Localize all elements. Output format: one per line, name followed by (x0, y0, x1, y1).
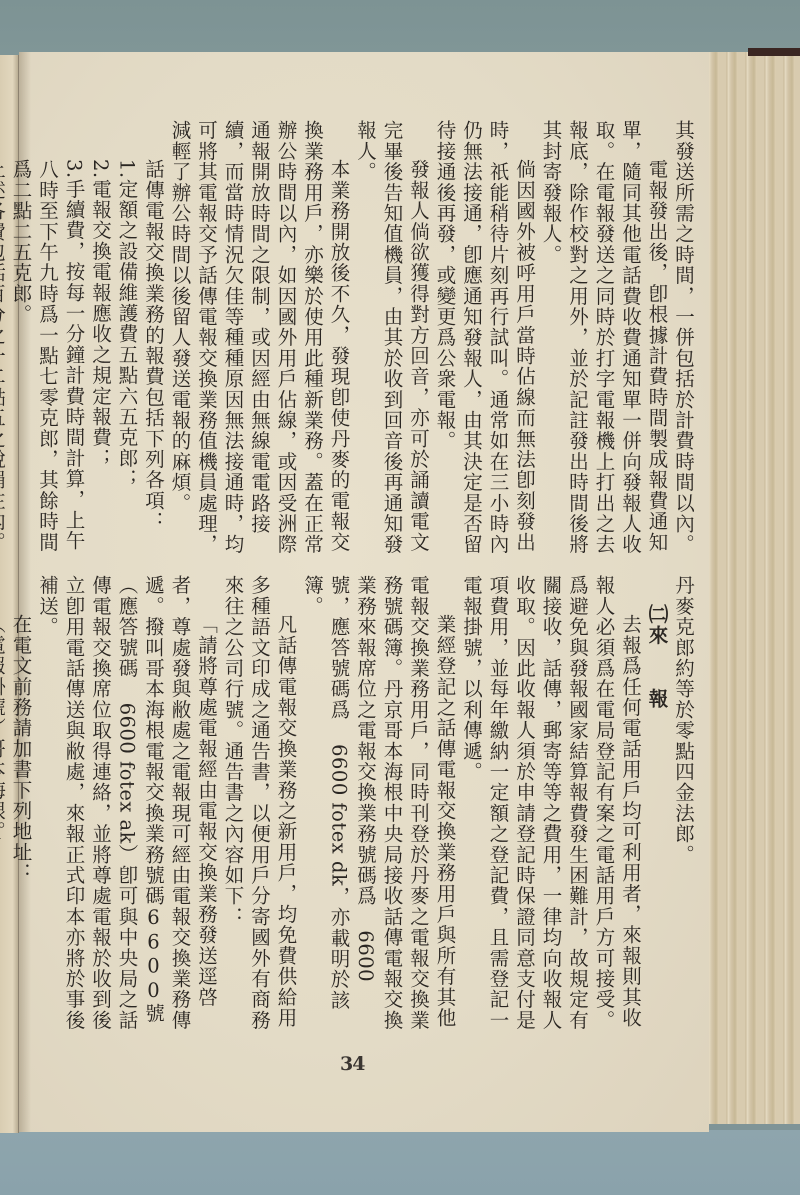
paragraph: 本業務開放後不久，發現卽使丹麥的電報交換業務用戶，亦樂於使用此種新業務。蓋在正常… (166, 120, 352, 560)
paragraph: 凡話傳電報交換業務之新用戶，均免費供給用多種語文印成之通告書，以便用戶分寄國外有… (219, 575, 299, 1035)
list-marker: 2. (89, 159, 112, 179)
section-heading: ㈡來報 (643, 575, 670, 1035)
section-title-char: 來 (646, 625, 669, 646)
background-bottom (0, 1130, 800, 1195)
address-line: （電報掛號）哥本海根。」 (0, 575, 7, 1035)
fee-list-item: 3.手續費，按每一分鐘計費時間計算，上午八時至下午九時爲一點七零克郎，其餘時間爲… (7, 120, 87, 560)
book-cover-edge (748, 48, 800, 56)
paragraph: 倘因國外被呼用戶當時佔線而無法卽刻發出時，祇能稍待片刻再行試叫。通常如在三小時內… (431, 120, 537, 560)
list-item-text: 手續費，按每一分鐘計費時間計算，上午八時至下午九時爲一點七零克郎，其餘時間爲二點… (10, 159, 86, 552)
answerback-code: 6600 fotex dk (328, 744, 351, 886)
page-text-area: 其發送所需之時間，一併包括於計費時間以內。 電報發出後，卽根據計費時間製成報費通… (40, 120, 696, 1060)
paragraph: 去報爲任何電話用戶均可利用者，來報則其收報人必須爲在電局登記有案之電話用戶方可接… (458, 575, 644, 1035)
list-marker: 3. (63, 159, 86, 179)
page-number: 34 (340, 1053, 364, 1075)
tax-note: 上述各費包括百分之一二點五之稅捐在內。又一 (0, 120, 7, 560)
paragraph: 在電文前務請加書下列地址： (7, 575, 34, 1035)
section-number: ㈡ (646, 604, 669, 625)
list-marker: 1. (116, 159, 139, 179)
fee-list-item: 2.電報交換電報應收之規定報費； (87, 120, 114, 560)
exchange-number: 6600 (354, 930, 377, 982)
paragraph: 業經登記之話傳電報交換業務用戶與所有其他電報交換業務用戶，同時刊登於丹麥之電報交… (299, 575, 458, 1035)
bottom-text-section: 丹麥克郎約等於零點四金法郎。 ㈡來報 去報爲任何電話用戶均可利用者，來報則其收報… (0, 575, 696, 1035)
list-item-text: 電報交換電報應收之規定報費； (89, 179, 112, 469)
paragraph: 其發送所需之時間，一併包括於計費時間以內。 (670, 120, 697, 560)
paragraph: 電報發出後，卽根據計費時間製成報費通知單，隨同其他電話費收費通知單一併向發報人收… (537, 120, 670, 560)
section-title-char: 報 (646, 689, 669, 710)
continuation-text: 丹麥克郎約等於零點四金法郎。 (670, 575, 697, 1035)
notice-quote: 「請將尊處電報經由電報交換業務發送逕啓者，尊處發與敝處之電報現可經由電報交換業務… (34, 575, 220, 1035)
background-top (0, 0, 800, 55)
paragraph-fee-intro: 話傳電報交換業務的報費包括下列各項： (140, 120, 167, 560)
list-item-text: 定額之設備維護費五點六五克郎； (116, 179, 139, 490)
page-stack-edges (700, 52, 800, 1124)
answerback-code: 6600 fotex ak (116, 703, 139, 844)
top-text-section: 其發送所需之時間，一併包括於計費時間以內。 電報發出後，卽根據計費時間製成報費通… (0, 120, 696, 560)
paragraph: 發報人倘欲獲得對方回音，亦可於誦讀電文完畢後告知值機員，由其於收到回音後再通知發… (352, 120, 432, 560)
fee-list-item: 1.定額之設備維護費五點六五克郎； (113, 120, 140, 560)
